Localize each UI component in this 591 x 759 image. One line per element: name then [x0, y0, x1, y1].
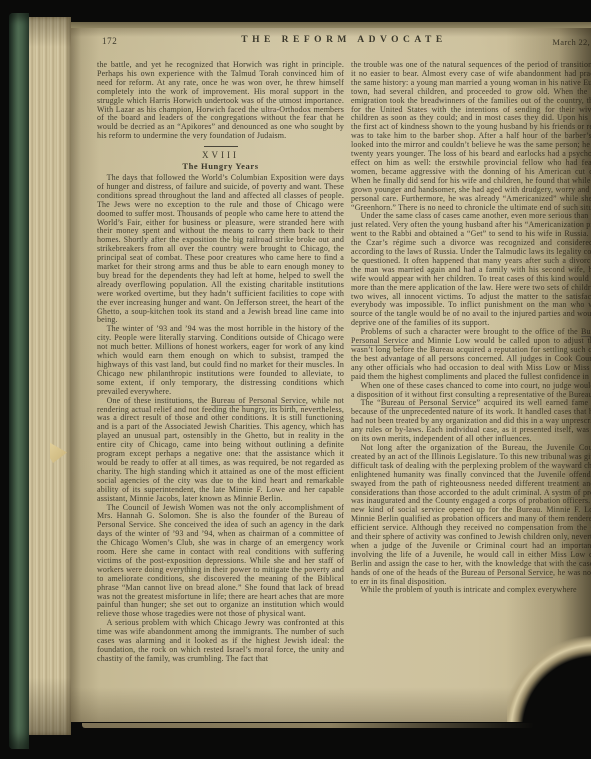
- issue-date: March 22, 1: [552, 37, 591, 47]
- running-header: 172 THE REFORM ADVOCATE March 22, 1: [71, 35, 591, 50]
- paragraph: The Council of Jewish Women was not the …: [97, 504, 344, 620]
- page-stack-edge: [29, 17, 71, 735]
- chapter-numeral: XVIII: [97, 151, 344, 160]
- left-column: the battle, and yet he recognized that H…: [97, 61, 344, 664]
- book-scan-photo: 172 THE REFORM ADVOCATE March 22, 1 the …: [0, 0, 591, 759]
- chapter-heading: XVIII The Hungry Years: [97, 146, 344, 171]
- paragraph: The “Bureau of Personal Service” acquire…: [351, 399, 591, 444]
- paragraph: A serious problem with which Chicago Jew…: [97, 619, 344, 664]
- paragraph: The winter of ’93 and ’94 was the most h…: [97, 325, 344, 396]
- book-cover-edge: [9, 13, 29, 749]
- paragraph: Under the same class of cases came anoth…: [351, 212, 591, 328]
- paragraph: the battle, and yet he recognized that H…: [97, 61, 344, 141]
- paragraph: While the problem of youth is intricate …: [351, 586, 591, 595]
- chapter-title: The Hungry Years: [97, 162, 344, 171]
- paragraph: Problems of such a character were brough…: [351, 328, 591, 381]
- right-column: the trouble was one of the natural seque…: [351, 61, 591, 664]
- paragraph: One of these institutions, the Bureau of…: [97, 397, 344, 504]
- lower-pages-edge: [82, 723, 534, 728]
- paragraph: When one of these cases chanced to come …: [351, 382, 591, 400]
- text-columns: the battle, and yet he recognized that H…: [97, 61, 591, 664]
- paragraph: The days that followed the World’s Colum…: [97, 174, 344, 325]
- paragraph: the trouble was one of the natural seque…: [351, 61, 591, 212]
- section-rule: [204, 146, 238, 147]
- book-page: 172 THE REFORM ADVOCATE March 22, 1 the …: [71, 28, 591, 722]
- journal-title: THE REFORM ADVOCATE: [71, 35, 591, 45]
- paragraph: Not long after the organization of the B…: [351, 444, 591, 587]
